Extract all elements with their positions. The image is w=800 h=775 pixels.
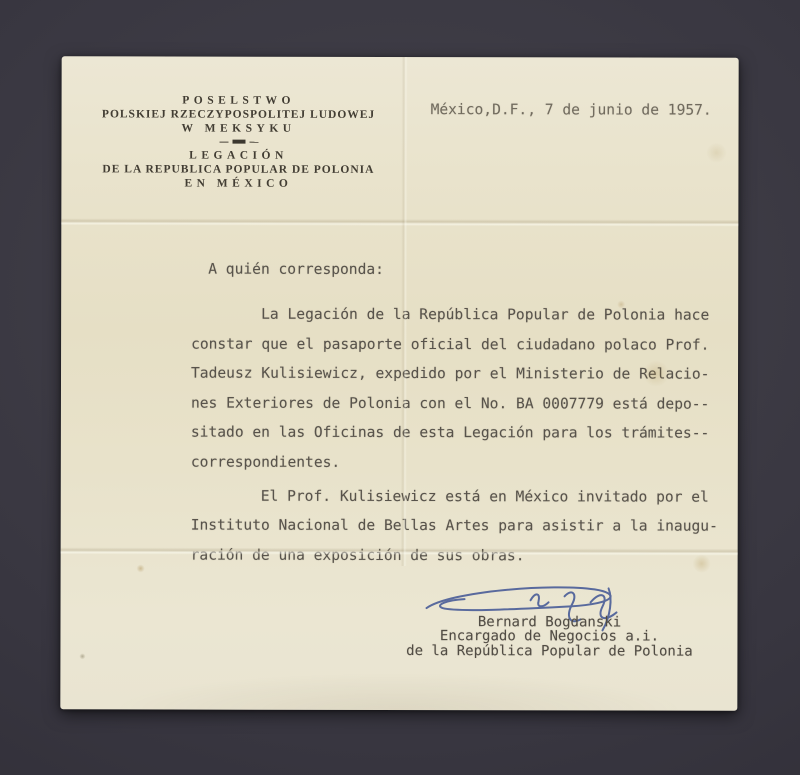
letter-document: POSELSTWO POLSKIEJ RZECZYPOSPOLITEJ LUDO… bbox=[60, 56, 738, 710]
signature-block: Bernard Bogdanski Encargado de Negocios … bbox=[388, 615, 710, 659]
body-line: correspondientes. bbox=[191, 448, 731, 479]
body-line: Tadeusz Kulisiewicz, expedido por el Min… bbox=[191, 359, 731, 390]
salutation: A quién corresponda: bbox=[208, 261, 384, 278]
body-line: sitado en las Oficinas de esta Legación … bbox=[191, 418, 731, 449]
body-line: constar que el pasaporte oficial del ciu… bbox=[191, 329, 731, 360]
letterhead-spanish-line3: EN MÉXICO bbox=[99, 176, 377, 191]
letterhead: POSELSTWO POLSKIEJ RZECZYPOSPOLITEJ LUDO… bbox=[99, 93, 377, 191]
horizontal-fold-crease bbox=[61, 218, 738, 226]
signatory-organization: de la República Popular de Polonia bbox=[388, 644, 710, 659]
letterhead-polish-line1: POSELSTWO bbox=[100, 93, 378, 108]
letterhead-divider-icon bbox=[100, 139, 378, 144]
letterhead-polish-line3: W MEKSYKU bbox=[100, 121, 378, 136]
letterhead-polish-line2: POLSKIEJ RZECZYPOSPOLITEJ LUDOWEJ bbox=[100, 107, 378, 122]
body-line: Instituto Nacional de Bellas Artes para … bbox=[191, 511, 731, 542]
dateline: México,D.F., 7 de junio de 1957. bbox=[431, 101, 712, 119]
body-line: El Prof. Kulisiewicz está en México invi… bbox=[191, 481, 731, 512]
body-line: La Legación de la República Popular de P… bbox=[191, 300, 731, 331]
body-line: nes Exteriores de Polonia con el No. BA … bbox=[191, 388, 731, 419]
letter-body: La Legación de la República Popular de P… bbox=[191, 300, 732, 571]
signatory-title: Encargado de Negocios a.i. bbox=[388, 629, 710, 644]
letterhead-spanish-line1: LEGACIÓN bbox=[99, 148, 377, 163]
letterhead-spanish-line2: DE LA REPUBLICA POPULAR DE POLONIA bbox=[99, 162, 377, 177]
body-line: ración de una exposición de sus obras. bbox=[191, 540, 731, 571]
